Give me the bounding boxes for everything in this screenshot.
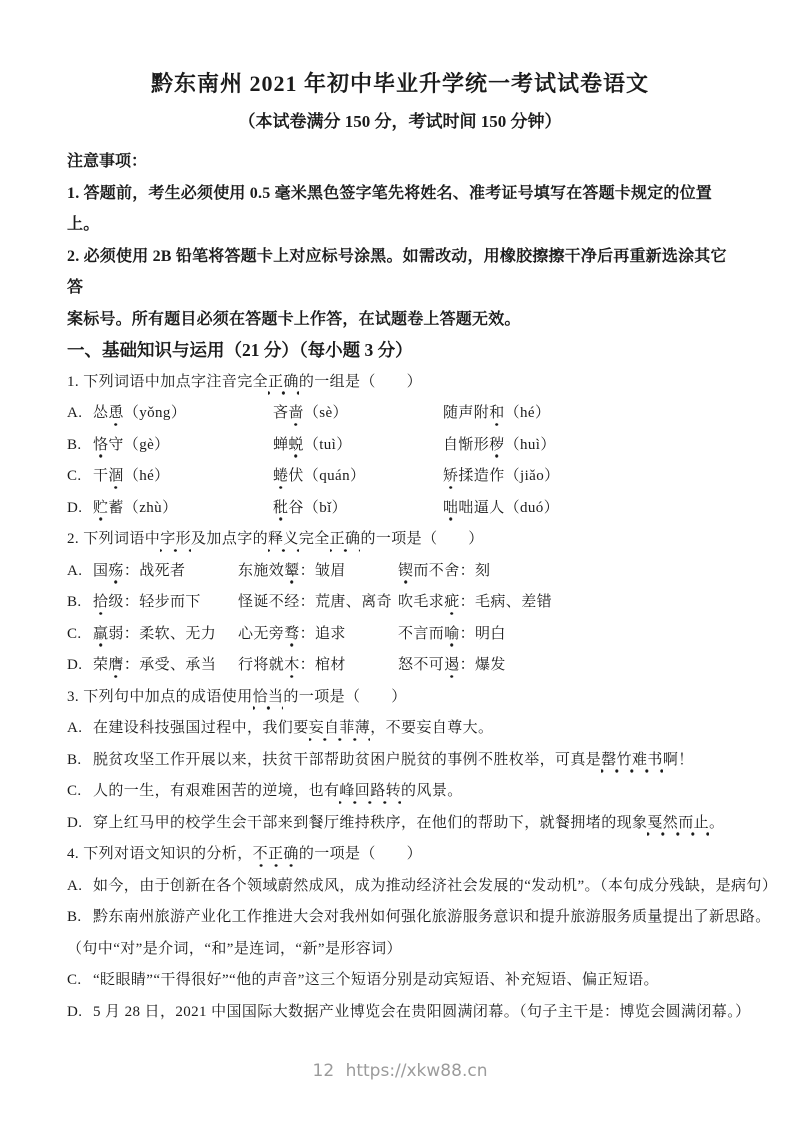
text-run: ：爆发 [460, 657, 506, 673]
text-run: （句中“对”是介词，“和”是连词，“新”是形容词） [67, 941, 402, 957]
text-run: 1. 下列词语中加点字注音完全 [67, 374, 268, 390]
option-col: 东施效颦：皱眉 [238, 556, 398, 588]
emphasized-text: 骛 [284, 626, 299, 647]
text-run: 守（gè） [108, 437, 169, 453]
option-row: A.如今，由于创新在各个领域蔚然成风，成为推动经济社会发展的“发动机”。（本句成… [67, 871, 733, 903]
emphasized-text: 妄自菲薄 [309, 720, 371, 741]
option-col: 行将就木：棺材 [238, 650, 398, 682]
option-col: 不言而喻：明白 [398, 619, 506, 651]
notice-line: 答 [67, 272, 733, 304]
question-stem: 3. 下列句中加点的成语使用恰当的一项是（ ） [67, 682, 733, 714]
option-text: 如今，由于创新在各个领域蔚然成风，成为推动经济社会发展的“发动机”。（本句成分残… [93, 871, 777, 903]
emphasized-text: 恪 [93, 437, 108, 458]
option-col: 锲而不舍：刻 [398, 556, 490, 588]
text-run: （yǒng） [124, 405, 186, 421]
option-col: 咄咄逼人（duó） [443, 493, 559, 525]
option-col: 心无旁骛：追求 [238, 619, 398, 651]
option-row: D.5 月 28 日，2021 中国国际大数据产业博览会在贵阳圆满闭幕。（句子主… [67, 997, 733, 1029]
emphasized-text: 恰当 [253, 689, 284, 710]
page-number: 12 [313, 1061, 335, 1081]
option-row: B.脱贫攻坚工作开展以来，扶贫干部帮助贫困户脱贫的事例不胜枚举，可真是罄竹难书啊… [67, 745, 733, 777]
text-run: （hé） [505, 405, 551, 421]
emphasized-text: 戛然而止 [647, 815, 709, 836]
option-text: “眨眼睛”“干得很好”“他的声音”这三个短语分别是动宾短语、补充短语、偏正短语。 [93, 965, 659, 997]
emphasized-text: 遏 [444, 657, 459, 678]
text-run: ：皱眉 [300, 563, 346, 579]
option-col: 吹毛求疵：毛病、差错 [398, 587, 552, 619]
text-run: ：追求 [300, 626, 346, 642]
option-text: 5 月 28 日，2021 中国国际大数据产业博览会在贵阳圆满闭幕。（句子主干是… [93, 997, 751, 1029]
text-run: 4. 下列对语文知识的分析， [67, 846, 253, 862]
emphasized-text: 秽 [489, 437, 504, 458]
question-stem: 4. 下列对语文知识的分析，不正确的一项是（ ） [67, 839, 733, 871]
emphasized-text: 涸 [108, 468, 123, 489]
option-col: 吝啬（sè） [273, 398, 443, 430]
text-run: 的一项是（ ） [299, 846, 422, 862]
option-row: A.怂恿（yǒng）吝啬（sè）随声附和（hé） [67, 398, 733, 430]
option-row: B.黔东南州旅游产业化工作推进大会对我州如何强化旅游服务意识和提升旅游服务质量提… [67, 902, 733, 934]
emphasized-text: 羸 [93, 626, 108, 647]
text-run: 谷（bǐ） [288, 500, 347, 516]
option-col: 怂恿（yǒng） [93, 398, 273, 430]
option-col: 拾级：轻步而下 [93, 587, 238, 619]
option-letter: C. [67, 619, 93, 651]
text-run: 在建设科技强国过程中，我们要 [93, 720, 309, 736]
option-letter: C. [67, 965, 93, 997]
option-letter: A. [67, 556, 93, 588]
emphasized-text: 锲 [398, 563, 413, 584]
text-run: 不言而 [398, 626, 444, 642]
option-letter: C. [67, 461, 93, 493]
emphasized-text: 喻 [444, 626, 459, 647]
option-letter: B. [67, 745, 93, 777]
emphasized-text: 峰回路转 [339, 783, 401, 804]
option-row: C.“眨眼睛”“干得很好”“他的声音”这三个短语分别是动宾短语、补充短语、偏正短… [67, 965, 733, 997]
question-stem: 2. 下列词语中字形及加点字的释义完全正确的一项是（ ） [67, 524, 733, 556]
option-row: C.人的一生，有艰难困苦的逆境，也有峰回路转的风景。 [67, 776, 733, 808]
text-run: 黔东南州旅游产业化工作推进大会对我州如何强化旅游服务意识和提升旅游服务质量提出了… [93, 909, 771, 925]
text-run: 蓄（zhù） [108, 500, 177, 516]
text-run: 而不舍：刻 [413, 563, 490, 579]
option-col: 蜷伏（quán） [273, 461, 443, 493]
text-run: ：毛病、差错 [460, 594, 552, 610]
question-list: 1. 下列词语中加点字注音完全正确的一组是（ ）A.怂恿（yǒng）吝啬（sè）… [67, 367, 733, 1029]
text-run: 心无旁 [238, 626, 284, 642]
text-run: 伏（quán） [288, 468, 365, 484]
text-run: 蝉 [273, 437, 288, 453]
option-row: （句中“对”是介词，“和”是连词，“新”是形容词） [67, 934, 733, 966]
emphasized-text: 颦 [284, 563, 299, 584]
text-run: 人的一生，有艰难困苦的逆境，也有 [93, 783, 339, 799]
option-col: 怪诞不经：荒唐、离奇 [238, 587, 398, 619]
option-letter: A. [67, 713, 93, 745]
text-run: 揉造作（jiǎo） [458, 468, 559, 484]
option-letter: A. [67, 871, 93, 903]
text-run: 5 月 28 日，2021 中国国际大数据产业博览会在贵阳圆满闭幕。（句子主干是… [93, 1004, 751, 1020]
option-col: 自惭形秽（huì） [443, 430, 556, 462]
notice-list: 1. 答题前，考生必须使用 0.5 毫米黑色签字笔先将姓名、准考证号填写在答题卡… [67, 178, 733, 336]
text-run: ：战死者 [124, 563, 186, 579]
text-run: 荣 [93, 657, 108, 673]
emphasized-text: 不正确 [253, 846, 299, 867]
option-col: 荣膺：承受、承当 [93, 650, 238, 682]
option-text: 脱贫攻坚工作开展以来，扶贫干部帮助贫困户脱贫的事例不胜枚举，可真是罄竹难书啊！ [93, 745, 694, 777]
text-run: 咄逼人（duó） [458, 500, 559, 516]
option-text: 在建设科技强国过程中，我们要妄自菲薄，不要妄自尊大。 [93, 713, 493, 745]
option-text: 人的一生，有艰难困苦的逆境，也有峰回路转的风景。 [93, 776, 463, 808]
option-col: 国殇：战死者 [93, 556, 238, 588]
text-run: 自惭形 [443, 437, 489, 453]
emphasized-text: 罄竹难书 [601, 752, 663, 773]
option-col: 秕谷（bǐ） [273, 493, 443, 525]
option-col: 怒不可遏：爆发 [398, 650, 506, 682]
option-row: C.羸弱：柔软、无力心无旁骛：追求不言而喻：明白 [67, 619, 733, 651]
emphasized-text: 啬 [288, 405, 303, 426]
option-letter: C. [67, 776, 93, 808]
text-run: 及加点字的 [191, 531, 268, 547]
text-run: 怪诞不经：荒唐、离奇 [238, 594, 392, 610]
text-run: 吝 [273, 405, 288, 421]
option-row: B.恪守（gè）蝉蜕（tuì）自惭形秽（huì） [67, 430, 733, 462]
option-text: 穿上红马甲的校学生会干部来到餐厅维持秩序，在他们的帮助下，就餐拥堵的现象戛然而止… [93, 808, 724, 840]
emphasized-text: 字形 [160, 531, 191, 552]
emphasized-text: 秕 [273, 500, 288, 521]
text-run: 国 [93, 563, 108, 579]
text-run: 干 [93, 468, 108, 484]
text-run: 随声附 [443, 405, 489, 421]
text-run: 怂 [93, 405, 108, 421]
option-col: 干涸（hé） [93, 461, 273, 493]
option-letter: B. [67, 430, 93, 462]
emphasized-text: 木 [284, 657, 299, 678]
text-run: 2. 下列词语中 [67, 531, 160, 547]
option-col: 羸弱：柔软、无力 [93, 619, 238, 651]
text-run: 啊！ [663, 752, 694, 768]
text-run: 东施效 [238, 563, 284, 579]
option-row: D.贮蓄（zhù）秕谷（bǐ）咄咄逼人（duó） [67, 493, 733, 525]
notice-line: 1. 答题前，考生必须使用 0.5 毫米黑色签字笔先将姓名、准考证号填写在答题卡… [67, 178, 733, 210]
text-run: “眨眼睛”“干得很好”“他的声音”这三个短语分别是动宾短语、补充短语、偏正短语。 [93, 972, 659, 988]
text-run: （huì） [505, 437, 556, 453]
option-col: 蝉蜕（tuì） [273, 430, 443, 462]
text-run: ：棺材 [300, 657, 346, 673]
text-run: 穿上红马甲的校学生会干部来到餐厅维持秩序，在他们的帮助下，就餐拥堵的现象 [93, 815, 647, 831]
emphasized-text: 恿 [108, 405, 123, 426]
option-letter: D. [67, 650, 93, 682]
option-row: D.荣膺：承受、承当行将就木：棺材怒不可遏：爆发 [67, 650, 733, 682]
text-run: （hé） [124, 468, 170, 484]
option-row: D.穿上红马甲的校学生会干部来到餐厅维持秩序，在他们的帮助下，就餐拥堵的现象戛然… [67, 808, 733, 840]
option-letter: B. [67, 902, 93, 934]
emphasized-text: 蜕 [288, 437, 303, 458]
text-run: 的一项是（ ） [360, 531, 483, 547]
option-letter: A. [67, 398, 93, 430]
text-run: 。 [709, 815, 724, 831]
text-run: 怒不可 [398, 657, 444, 673]
text-run: 的风景。 [401, 783, 463, 799]
emphasized-text: 正确 [330, 531, 361, 552]
text-run: ，不要妄自尊大。 [370, 720, 493, 736]
text-run: （tuì） [304, 437, 352, 453]
emphasized-text: 和 [489, 405, 504, 426]
option-row: A.国殇：战死者东施效颦：皱眉锲而不舍：刻 [67, 556, 733, 588]
emphasized-text: 蜷 [273, 468, 288, 489]
option-col: 贮蓄（zhù） [93, 493, 273, 525]
question-stem: 1. 下列词语中加点字注音完全正确的一组是（ ） [67, 367, 733, 399]
option-col: 恪守（gè） [93, 430, 273, 462]
emphasized-text: 疵 [444, 594, 459, 615]
notice-heading: 注意事项： [67, 146, 733, 178]
option-letter: B. [67, 587, 93, 619]
option-letter: D. [67, 997, 93, 1029]
emphasized-text: 咄 [443, 500, 458, 521]
notice-line: 2. 必须使用 2B 铅笔将答题卡上对应标号涂黑。如需改动，用橡胶擦擦干净后再重… [67, 241, 733, 273]
option-row: A.在建设科技强国过程中，我们要妄自菲薄，不要妄自尊大。 [67, 713, 733, 745]
text-run: 级：轻步而下 [108, 594, 200, 610]
emphasized-text: 拾 [93, 594, 108, 615]
notice-line: 案标号。所有题目必须在答题卡上作答，在试题卷上答题无效。 [67, 304, 733, 336]
text-run: 脱贫攻坚工作开展以来，扶贫干部帮助贫困户脱贫的事例不胜枚举，可真是 [93, 752, 601, 768]
exam-paper-page: 黔东南州 2021 年初中毕业升学统一考试试卷语文 （本试卷满分 150 分，考… [0, 0, 793, 1122]
option-letter: D. [67, 493, 93, 525]
text-run: （sè） [304, 405, 348, 421]
text-run: 完全 [299, 531, 330, 547]
option-col: 矫揉造作（jiǎo） [443, 461, 560, 493]
text-run: ：明白 [460, 626, 506, 642]
text-run: 行将就 [238, 657, 284, 673]
notice-line: 上。 [67, 209, 733, 241]
emphasized-text: 贮 [93, 500, 108, 521]
emphasized-text: 正确 [268, 374, 299, 395]
text-run: 的一组是（ ） [299, 374, 422, 390]
text-run: 如今，由于创新在各个领域蔚然成风，成为推动经济社会发展的“发动机”。（本句成分残… [93, 878, 777, 894]
text-run: ：承受、承当 [124, 657, 216, 673]
option-letter: D. [67, 808, 93, 840]
page-title: 黔东南州 2021 年初中毕业升学统一考试试卷语文 [67, 68, 733, 100]
text-run: 3. 下列句中加点的成语使用 [67, 689, 253, 705]
option-text: （句中“对”是介词，“和”是连词，“新”是形容词） [67, 934, 402, 966]
section-heading: 一、基础知识与运用（21 分）（每小题 3 分） [67, 335, 733, 367]
emphasized-text: 矫 [443, 468, 458, 489]
page-subtitle: （本试卷满分 150 分，考试时间 150 分钟） [67, 110, 733, 134]
text-run: 的一项是（ ） [283, 689, 406, 705]
option-row: C.干涸（hé）蜷伏（quán）矫揉造作（jiǎo） [67, 461, 733, 493]
option-text: 黔东南州旅游产业化工作推进大会对我州如何强化旅游服务意识和提升旅游服务质量提出了… [93, 902, 771, 934]
emphasized-text: 殇 [108, 563, 123, 584]
option-row: B.拾级：轻步而下怪诞不经：荒唐、离奇吹毛求疵：毛病、差错 [67, 587, 733, 619]
emphasized-text: 膺 [108, 657, 123, 678]
page-footer: 12 https://xkw88.cn [67, 1058, 733, 1084]
text-run: 弱：柔软、无力 [108, 626, 216, 642]
option-col: 随声附和（hé） [443, 398, 550, 430]
footer-url: https://xkw88.cn [346, 1061, 488, 1081]
emphasized-text: 释义 [268, 531, 299, 552]
text-run: 吹毛求 [398, 594, 444, 610]
